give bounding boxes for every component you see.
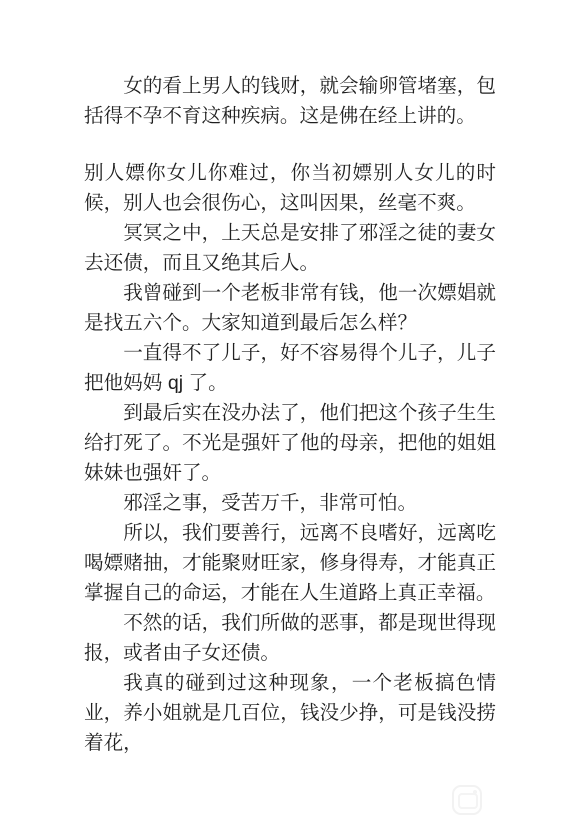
watermark-inner-shape: [458, 793, 478, 809]
paragraph: 我曾碰到一个老板非常有钱，他一次嫖娼就是找五六个。大家知道到最后怎么样？: [84, 278, 496, 338]
paragraph: 不然的话，我们所做的恶事，都是现世得现报，或者由子女还债。: [84, 608, 496, 668]
paragraph: 我真的碰到过这种现象，一个老板搞色情业，养小姐就是几百位，钱没少挣，可是钱没捞着…: [84, 668, 496, 758]
paragraph: 冥冥之中，上天总是安排了邪淫之徒的妻女去还债，而且又绝其后人。: [84, 218, 496, 278]
paragraph: 到最后实在没办法了，他们把这个孩子生生给打死了。不光是强奸了他的母亲，把他的姐姐…: [84, 398, 496, 488]
ebook-page: 女的看上男人的钱财，就会输卵管堵塞，包括得不孕不育这种疾病。这是佛在经上讲的。别…: [0, 0, 580, 820]
paragraph: 一直得不了儿子，好不容易得个儿子，儿子把他妈妈 qj 了。: [84, 338, 496, 398]
paragraph: 所以，我们要善行，远离不良嗜好，远离吃喝嫖赌抽，才能聚财旺家，修身得寿，才能真正…: [84, 518, 496, 608]
paragraph: 邪淫之事，受苦万千，非常可怕。: [84, 488, 496, 518]
paragraph: 别人嫖你女儿你难过，你当初嫖别人女儿的时候，别人也会很伤心，这叫因果，丝毫不爽。: [84, 158, 496, 218]
watermark-logo-icon: [452, 785, 482, 815]
watermark-dot: [473, 790, 477, 794]
article: 女的看上男人的钱财，就会输卵管堵塞，包括得不孕不育这种疾病。这是佛在经上讲的。别…: [84, 71, 496, 758]
paragraph: 女的看上男人的钱财，就会输卵管堵塞，包括得不孕不育这种疾病。这是佛在经上讲的。: [84, 71, 496, 131]
